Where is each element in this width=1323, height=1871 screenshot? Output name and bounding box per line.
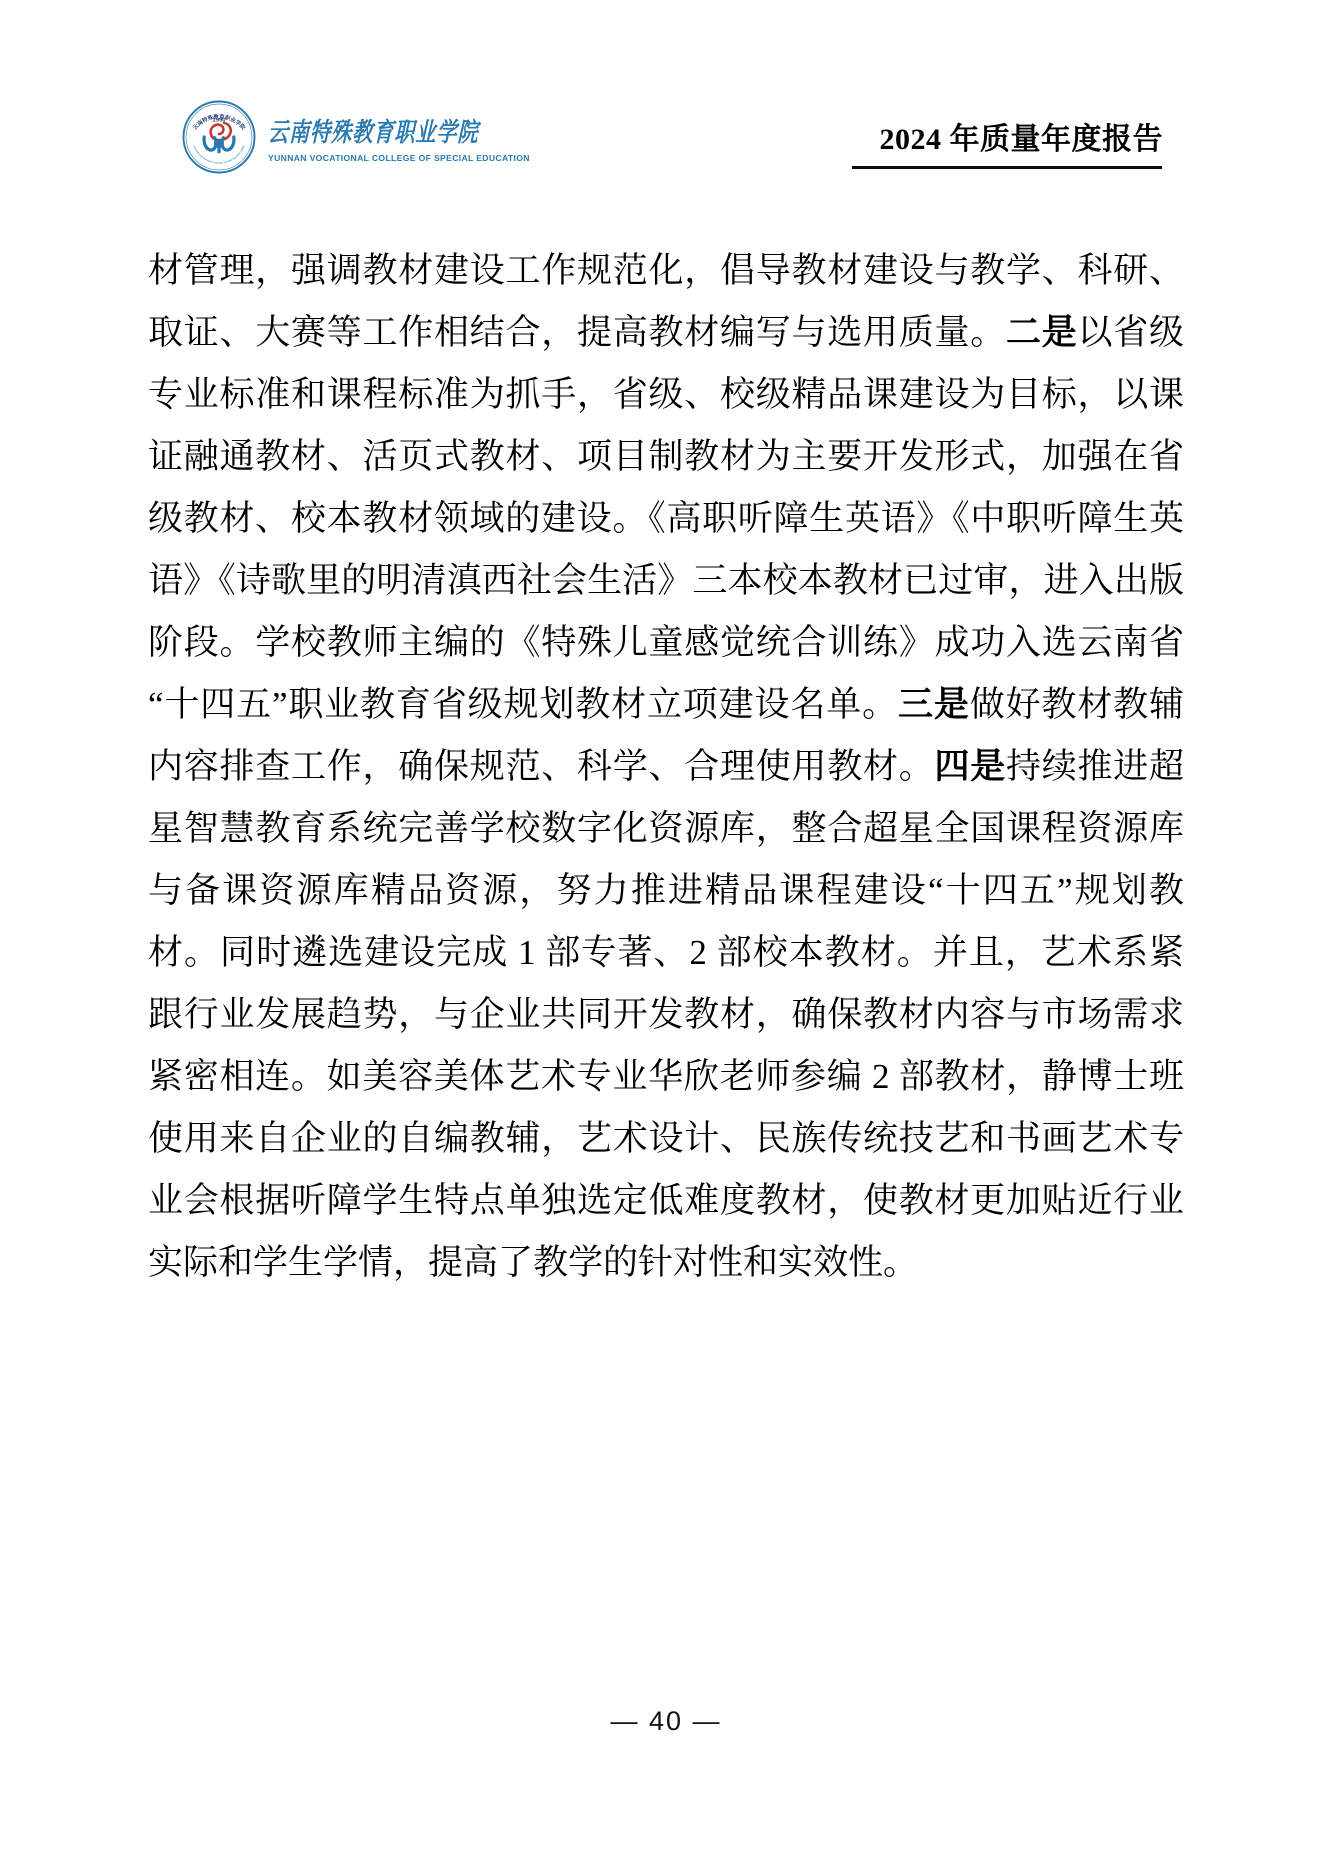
body-paragraph: 材管理，强调教材建设工作规范化，倡导教材建设与教学、科研、取证、大赛等工作相结合…: [148, 240, 1184, 1294]
report-title: 2024 年质量年度报告: [880, 123, 1164, 156]
college-name-block: 云南特殊教育职业学院 YUNNAN VOCATIONAL COLLEGE OF …: [268, 112, 538, 163]
college-seal-icon: 云南特殊教育职业学院 YUNNAN VOCATIONAL COLLEGE OF …: [182, 100, 256, 174]
paragraph-segment-bold: 三是: [898, 685, 970, 724]
college-logo: 云南特殊教育职业学院 YUNNAN VOCATIONAL COLLEGE OF …: [182, 100, 538, 174]
page-number: — 40 —: [148, 1706, 1184, 1737]
paragraph-segment-bold: 四是: [934, 747, 1006, 786]
paragraph-segment-bold: 二是: [1006, 313, 1078, 352]
college-name-cn: 云南特殊教育职业学院: [267, 112, 479, 149]
document-page: 云南特殊教育职业学院 YUNNAN VOCATIONAL COLLEGE OF …: [0, 0, 1323, 1871]
college-name-en: YUNNAN VOCATIONAL COLLEGE OF SPECIAL EDU…: [268, 153, 538, 163]
header-rule: [852, 166, 1162, 169]
paragraph-segment: 以省级专业标准和课程标准为抓手，省级、校级精品课建设为目标，以课证融通教材、活页…: [148, 313, 1184, 724]
paragraph-segment: 持续推进超星智慧教育系统完善学校数字化资源库，整合超星全国课程资源库与备课资源库…: [148, 747, 1184, 1282]
